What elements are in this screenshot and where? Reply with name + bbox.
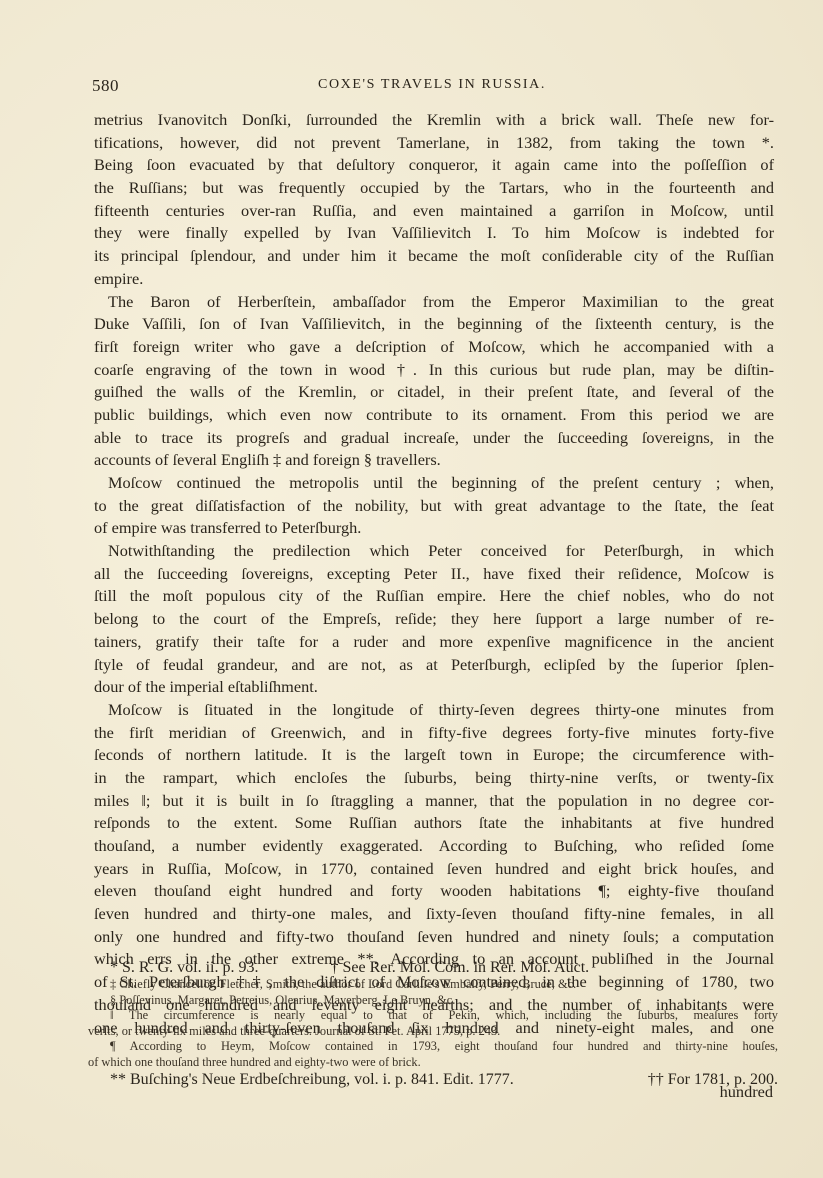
text-line: ſeconds of northern latitude. It is the … xyxy=(94,744,774,767)
text-line: public buildings, which even now contrib… xyxy=(94,404,774,427)
text-line: in the rampart, which encloſes the ſubur… xyxy=(94,767,774,790)
text-line: tainers, gratify their taſte for a ruder… xyxy=(94,631,774,654)
text-line: thouſand, a number evidently exaggerated… xyxy=(94,835,774,858)
text-line: metrius Ivanovitch Donſki, ſurrounded th… xyxy=(94,109,774,132)
text-line: miles ‖; but it is built in ſo ſtragglin… xyxy=(94,790,774,813)
footnote-row: ** Buſching's Neue Erdbeſchreibung, vol.… xyxy=(88,1071,778,1089)
text-line: Moſcow continued the metropolis until th… xyxy=(94,472,774,495)
text-line: eleven thouſand eight hundred and forty … xyxy=(94,880,774,903)
text-line: ſtill the moſt populous city of the Ruſſ… xyxy=(94,585,774,608)
text-line: dour of the imperial eſtabliſhment. xyxy=(94,676,774,699)
footnote-row: * S. R. G. vol. ii. p. 93. † See Rer. Mo… xyxy=(88,959,778,977)
book-page: 580 COXE'S TRAVELS IN RUSSIA. metrius Iv… xyxy=(0,0,823,1178)
text-line: Moſcow is ſituated in the longitude of t… xyxy=(94,699,774,722)
footnotes: * S. R. G. vol. ii. p. 93. † See Rer. Mo… xyxy=(88,959,778,1089)
text-line: ſtyle of feudal grandeur, and are not, a… xyxy=(94,654,774,677)
footnote-parallel-line-1: ‖ The circumference is nearly equal to t… xyxy=(88,1008,778,1024)
text-line: they were finally expelled by Ivan Vaſſi… xyxy=(94,222,774,245)
text-line: reſponds to the extent. Some Ruſſian aut… xyxy=(94,812,774,835)
text-line: The Baron of Herberſtein, ambaſſador fro… xyxy=(94,291,774,314)
text-line: years in Ruſſia, Moſcow, in 1770, contai… xyxy=(94,858,774,881)
text-line: tifications, however, did not prevent Ta… xyxy=(94,132,774,155)
footnote-section: § Poſſevinus, Margaret, Petreius, Oleari… xyxy=(88,993,778,1009)
text-line: belong to the court of the Empreſs, reſi… xyxy=(94,608,774,631)
text-line: of empire was transferred to Peterſburgh… xyxy=(94,517,774,540)
text-line: ſeven hundred and thirty-one males, and … xyxy=(94,903,774,926)
footnote-pilcrow-line-1: ¶ According to Heym, Moſcow contained in… xyxy=(88,1039,778,1055)
text-line: coarſe engraving of the town in wood †. … xyxy=(94,359,774,382)
text-line: guiſhed the walls of the Kremlin, or cit… xyxy=(94,381,774,404)
footnote-double-star: ** Buſching's Neue Erdbeſchreibung, vol.… xyxy=(110,1071,514,1089)
text-line: firſt foreign writer who gave a deſcript… xyxy=(94,336,774,359)
footnote-double-dagger: ‡ Chiefly Chancellor, Fletcher, Smith, t… xyxy=(88,977,778,993)
text-line: accounts of ſeveral Engliſh ‡ and foreig… xyxy=(94,449,774,472)
text-line: only one hundred and fifty-two thouſand … xyxy=(94,926,774,949)
text-line: empire. xyxy=(94,268,774,291)
text-line: its principal ſplendour, and under him i… xyxy=(94,245,774,268)
catchword: hundred xyxy=(720,1082,773,1102)
text-line: fifteenth centuries over-ran Ruſſia, and… xyxy=(94,200,774,223)
text-line: all the ſucceeding ſovereigns, excepting… xyxy=(94,563,774,586)
footnote-parallel-line-2: verſts, or twenty-ſix miles and three-qu… xyxy=(88,1024,778,1040)
running-title: COXE'S TRAVELS IN RUSSIA. xyxy=(92,77,772,93)
footnote-star: * S. R. G. vol. ii. p. 93. xyxy=(110,959,258,977)
footnote-pilcrow-line-2: of which one thouſand three hundred and … xyxy=(88,1055,778,1071)
footnote-dagger: † See Rer. Moſ. Com. in Rer. Moſ. Auct. xyxy=(330,959,589,977)
text-line: able to trace its progreſs and gradual i… xyxy=(94,427,774,450)
text-line: the Ruſſians; but was frequently occupie… xyxy=(94,177,774,200)
text-line: the firſt meridian of Greenwich, and in … xyxy=(94,722,774,745)
text-line: Notwithſtanding the predilection which P… xyxy=(94,540,774,563)
running-head: 580 COXE'S TRAVELS IN RUSSIA. xyxy=(92,76,772,100)
text-line: Duke Vaſſili, ſon of Ivan Vaſſilievitch,… xyxy=(94,313,774,336)
body-text: metrius Ivanovitch Donſki, ſurrounded th… xyxy=(94,109,774,1039)
text-line: Being ſoon evacuated by that deſultory c… xyxy=(94,154,774,177)
text-line: to the great diſſatisfaction of the nobi… xyxy=(94,495,774,518)
